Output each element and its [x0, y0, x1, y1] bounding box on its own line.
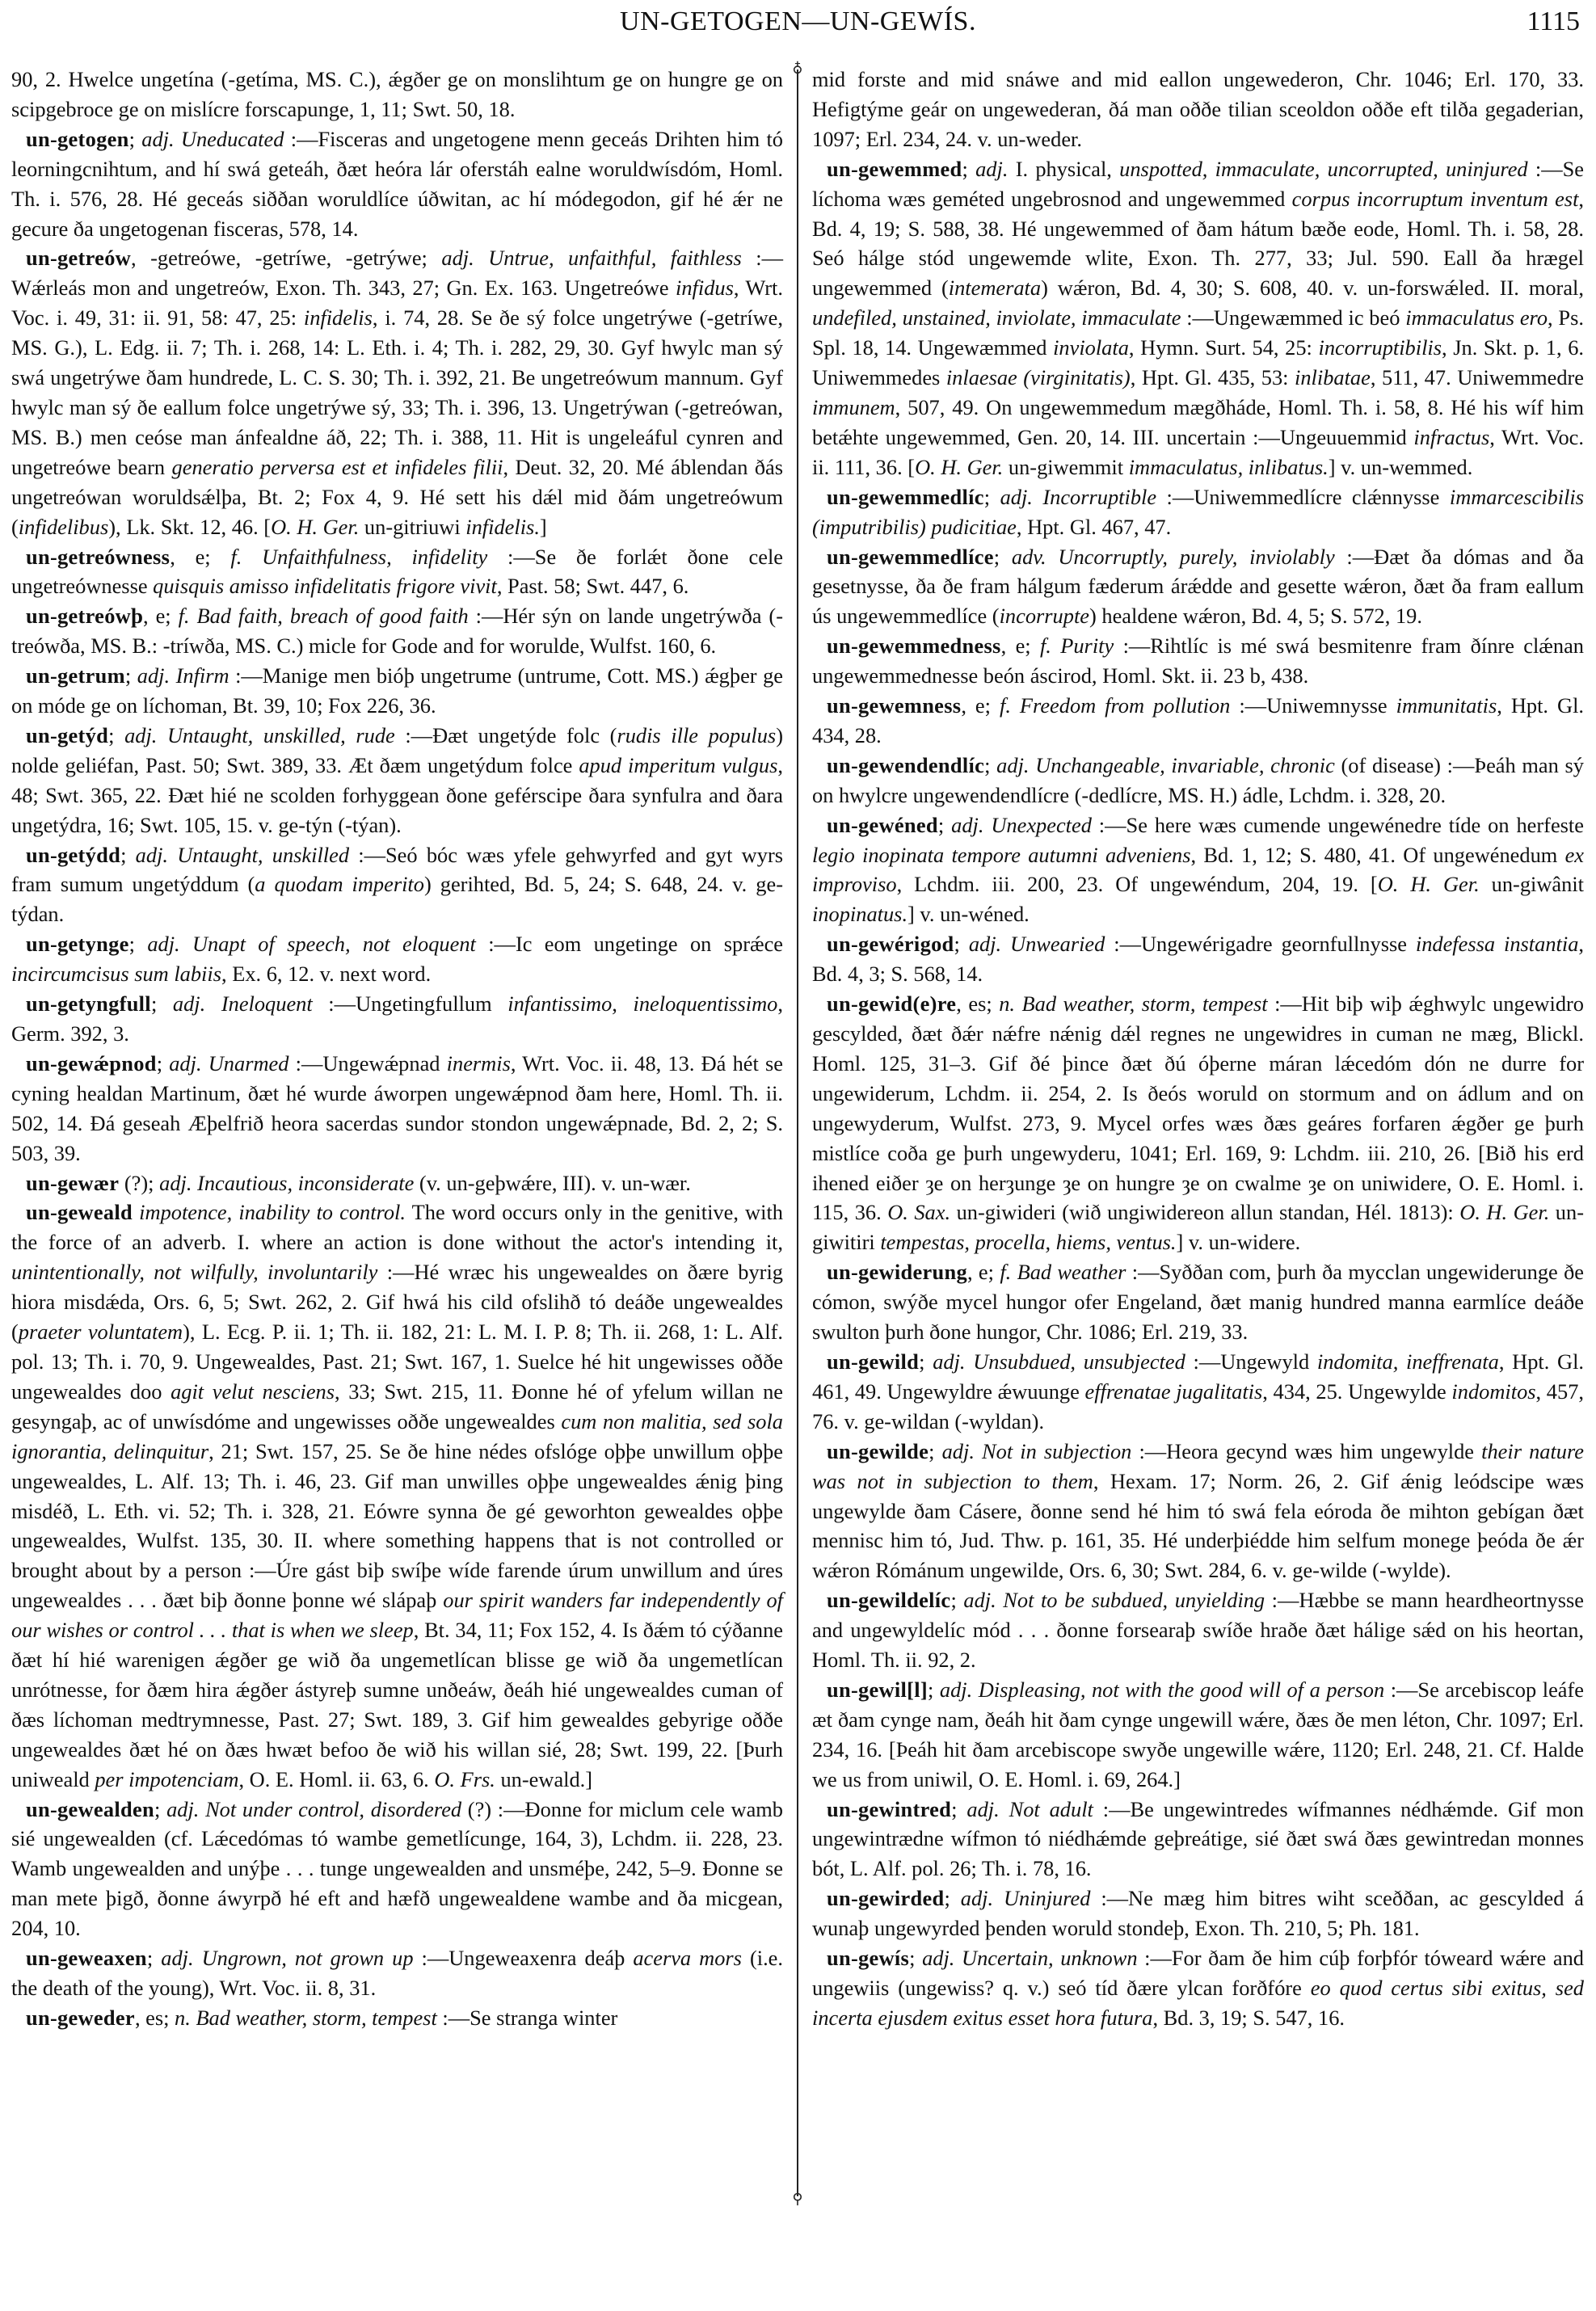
entry-text: , e; — [1001, 634, 1040, 658]
dictionary-entry: un-gewildelíc; adj. Not to be subdued, u… — [812, 1585, 1584, 1675]
entry-text: , Hpt. Gl. 467, 47. — [1017, 515, 1171, 539]
dictionary-entry: un-getreówness, e; f. Unfaithfulness, in… — [11, 542, 783, 602]
entry-text: ] — [540, 515, 547, 539]
entry-text: , Bt. 34, 11; Fox 152, 4. Is ðǽm tó cýða… — [11, 1618, 783, 1791]
entry-text: :—Se here wæs cumende ungewénedre tíde o… — [1092, 813, 1584, 837]
headword: un-gewéned — [827, 813, 938, 837]
entry-text: , es; — [956, 991, 999, 1016]
italic-gloss: a quodam imperito — [255, 872, 424, 896]
dictionary-entry: un-gewirded; adj. Uninjured :—Ne mæg him… — [812, 1884, 1584, 1943]
entry-text: un-ewald.] — [495, 1767, 592, 1791]
entry-text: , O. E. Homl. ii. 63, 6. — [238, 1767, 434, 1791]
entry-text: :—Ungetingfullum — [313, 991, 508, 1016]
entry-text: ; — [129, 127, 142, 151]
italic-gloss: adj. Incorruptible — [1000, 485, 1157, 509]
entry-text: ; — [129, 932, 148, 956]
entry-text: ; — [984, 485, 1000, 509]
dictionary-entry: un-gewís; adj. Uncertain, unknown :—For … — [812, 1943, 1584, 2033]
headword: un-getogen — [26, 127, 129, 151]
dictionary-entry: un-gewilde; adj. Not in subjection :—Heo… — [812, 1437, 1584, 1586]
page-number: 1115 — [1527, 6, 1580, 37]
entry-continuation: 90, 2. Hwelce ungetína (-getíma, MS. C.)… — [11, 65, 783, 124]
headword: un-gewiderung — [827, 1260, 967, 1284]
entry-text: , e; — [143, 604, 179, 628]
entry-text: :—Ungewǽpnad — [288, 1051, 446, 1076]
headword: un-gewirded — [827, 1886, 945, 1910]
headword: un-gewid(e)re — [827, 991, 956, 1016]
entry-text: ; — [938, 813, 951, 837]
entry-text: ] v. un-wéned. — [907, 902, 1030, 926]
italic-gloss: adv. Uncorruptly, purely, inviolably — [1012, 545, 1335, 569]
italic-gloss: unspotted, immaculate, uncorrupted, unin… — [1119, 157, 1527, 181]
headword: un-gewemmedlíce — [827, 545, 994, 569]
entry-text: :—Ic eom ungetinge on sprǽce — [476, 932, 783, 956]
italic-gloss: f. Purity — [1040, 634, 1114, 658]
italic-gloss: adj. Uneducated — [141, 127, 284, 151]
entry-text: , Ex. 6, 12. v. next word. — [221, 962, 431, 986]
italic-gloss: adj. Incautious, inconsiderate — [159, 1171, 414, 1195]
page-header: UN-GETOGEN—UN-GEWÍS. 1115 — [0, 6, 1596, 42]
right-column: mid forste and mid snáwe and mid eallon … — [812, 65, 1584, 2033]
italic-gloss: adj. Unchangeable, invariable, chronic — [996, 753, 1335, 777]
dictionary-entry: un-gewemmed; adj. I. physical, unspotted… — [812, 154, 1584, 482]
italic-gloss: n. Bad weather, storm, tempest — [175, 2006, 437, 2030]
entry-text: , Lchdm. iii. 200, 23. Of ungewéndum, 20… — [897, 872, 1378, 896]
entry-continuation: mid forste and mid snáwe and mid eallon … — [812, 65, 1584, 154]
dictionary-entry: un-gewǽpnod; adj. Unarmed :—Ungewǽpnad i… — [11, 1049, 783, 1168]
entry-text: ] v. un-wemmed. — [1329, 455, 1473, 479]
entry-text: :—Se stranga winter — [437, 2006, 618, 2030]
italic-gloss: adj. Untaught, unskilled, rude — [124, 723, 395, 747]
entry-text: ; — [919, 1349, 933, 1374]
running-head: UN-GETOGEN—UN-GEWÍS. — [0, 6, 1596, 37]
dictionary-entry: un-geweder, es; n. Bad weather, storm, t… — [11, 2003, 783, 2033]
italic-gloss: inviolata — [1053, 335, 1129, 360]
italic-gloss: adj. Infirm — [137, 663, 230, 688]
entry-text: , e; — [961, 693, 1000, 718]
italic-gloss: adj. Not in subjection — [942, 1439, 1132, 1463]
entry-text: ; — [984, 753, 996, 777]
dictionary-entry: un-gewintred; adj. Not adult :—Be ungewi… — [812, 1795, 1584, 1884]
entry-text: ; — [929, 1439, 941, 1463]
headword: un-gewær — [26, 1171, 119, 1195]
entry-text: ; — [994, 545, 1012, 569]
entry-text: un-giwemmit — [1003, 455, 1128, 479]
entry-text: , 434, 25. Ungewylde — [1262, 1379, 1451, 1404]
headword: un-getreów — [26, 246, 131, 270]
italic-gloss: adj. Unarmed — [169, 1051, 288, 1076]
dictionary-entry: un-getrum; adj. Infirm :—Manige men bióþ… — [11, 661, 783, 721]
italic-gloss: infractus — [1413, 425, 1489, 449]
headword: un-gewilde — [827, 1439, 929, 1463]
italic-gloss: incorrupte — [1000, 604, 1089, 628]
entry-text: ; — [950, 1588, 963, 1612]
entry-text: ; — [945, 1886, 961, 1910]
italic-gloss: inopinatus. — [812, 902, 907, 926]
entry-text: ; — [125, 663, 137, 688]
italic-gloss: apud imperitum vulgus — [579, 753, 777, 777]
italic-gloss: O. Frs. — [434, 1767, 495, 1791]
dictionary-entry: un-gewemmedlíc; adj. Incorruptible :—Uni… — [812, 482, 1584, 542]
italic-gloss: O. H. Ger. — [271, 515, 359, 539]
italic-gloss: adj. Not under control, disordered — [166, 1797, 461, 1821]
italic-gloss: O. H. Ger. — [1459, 1200, 1549, 1224]
headword: un-gewil[l] — [827, 1677, 928, 1702]
entry-text: ) healdene wǽron, Bd. 4, 5; S. 572, 19. — [1089, 604, 1422, 628]
entry-text: , Bd. 3, 19; S. 547, 16. — [1152, 2006, 1345, 2030]
entry-text: , es; — [135, 2006, 175, 2030]
headword: un-getýdd — [26, 843, 120, 867]
entry-text: , 511, 47. Uniwemmedre — [1371, 365, 1584, 389]
italic-gloss: adj. Ungrown, not grown up — [161, 1946, 413, 1970]
entry-text: , -getreówe, -getríwe, -getrýwe; — [131, 246, 441, 270]
entry-text: , e; — [967, 1260, 1000, 1284]
italic-gloss: tempestas, procella, hiems, ventus. — [880, 1230, 1176, 1254]
headword: un-geweaxen — [26, 1946, 147, 1970]
italic-gloss: immaculatus, inlibatus. — [1129, 455, 1329, 479]
italic-gloss: impotence, inability to control. — [139, 1200, 406, 1224]
dictionary-entry: un-gewealden; adj. Not under control, di… — [11, 1795, 783, 1944]
entry-text: un-giwideri (wið ungiwidereon allun stan… — [950, 1200, 1459, 1224]
headword: un-getreówþ — [26, 604, 143, 628]
italic-gloss: agit velut nesciens — [171, 1379, 335, 1404]
entry-text: ; — [151, 991, 173, 1016]
italic-gloss: incorruptibilis — [1319, 335, 1442, 360]
italic-gloss: adj. Unwearied — [969, 932, 1105, 956]
italic-gloss: inermis — [447, 1051, 511, 1076]
dictionary-entry: un-gewid(e)re, es; n. Bad weather, storm… — [812, 989, 1584, 1257]
dictionary-entry: un-getyngfull; adj. Ineloquent :—Ungetin… — [11, 989, 783, 1049]
entry-text: ; — [154, 1797, 166, 1821]
italic-gloss: unintentionally, not wilfully, involunta… — [11, 1260, 377, 1284]
dictionary-entry: un-getreówþ, e; f. Bad faith, breach of … — [11, 601, 783, 661]
italic-gloss: incircumcisus sum labiis — [11, 962, 221, 986]
entry-text: 90, 2. Hwelce ungetína (-getíma, MS. C.)… — [11, 67, 783, 121]
entry-text: :—Heora gecynd wæs him ungewylde — [1131, 1439, 1481, 1463]
italic-gloss: adj. Untrue, unfaithful, faithless — [441, 246, 741, 270]
headword: un-gewís — [827, 1946, 909, 1970]
italic-gloss: adj. Uninjured — [961, 1886, 1091, 1910]
italic-gloss: legio inopinata tempore autumni advenien… — [812, 843, 1191, 867]
entry-text: :—Ungewérigadre geornfullnysse — [1105, 932, 1416, 956]
italic-gloss: per impotenciam — [95, 1767, 238, 1791]
entry-text: ) wǽron, Bd. 4, 30; S. 608, 40. v. un-fo… — [1041, 276, 1584, 300]
headword: un-gewemmed — [827, 157, 962, 181]
entry-text: ; — [954, 932, 969, 956]
dictionary-entry: un-getynge; adj. Unapt of speech, not el… — [11, 929, 783, 989]
entry-text: mid forste and mid snáwe and mid eallon … — [812, 67, 1584, 151]
entry-text: :—Ungewyld — [1185, 1349, 1317, 1374]
dictionary-entry: un-gewérigod; adj. Unwearied :—Ungewérig… — [812, 929, 1584, 989]
italic-gloss: quisquis amisso infidelitatis frigore vi… — [153, 574, 497, 598]
dictionary-entry: un-geweaxen; adj. Ungrown, not grown up … — [11, 1943, 783, 2003]
dictionary-entry: un-gewiderung, e; f. Bad weather :—Syðða… — [812, 1257, 1584, 1347]
entry-text: un-gitriuwi — [359, 515, 465, 539]
entry-text: I. physical, — [1008, 157, 1119, 181]
italic-gloss: O. H. Ger. — [1378, 872, 1480, 896]
entry-text: :—Hit biþ wiþ ǽghwylc ungewidro gescylde… — [812, 991, 1584, 1224]
entry-text: ; — [147, 1946, 161, 1970]
entry-text: (?); — [119, 1171, 159, 1195]
dictionary-entry: un-gewemmedness, e; f. Purity :—Rihtlíc … — [812, 631, 1584, 691]
entry-text: ; — [909, 1946, 922, 1970]
headword: un-gewintred — [827, 1797, 951, 1821]
italic-gloss: adj. Not to be subdued, unyielding — [963, 1588, 1265, 1612]
headword: un-gewild — [827, 1349, 919, 1374]
dictionary-entry: un-getreów, -getreówe, -getríwe, -getrýw… — [11, 243, 783, 541]
italic-gloss: O. Sax. — [887, 1200, 950, 1224]
italic-gloss: intemerata — [949, 276, 1041, 300]
italic-gloss: praeter voluntatem — [19, 1320, 183, 1344]
italic-gloss: undefiled, unstained, inviolate, immacul… — [812, 305, 1181, 330]
italic-gloss: immunem — [812, 395, 895, 419]
entry-text: :—Uniwemmedlícre clǽnnysse — [1156, 485, 1450, 509]
italic-gloss: rudis ille populus — [617, 723, 776, 747]
headword: un-getreówness — [26, 545, 170, 569]
headword: un-getyngfull — [26, 991, 151, 1016]
headword: un-geweald — [26, 1200, 133, 1224]
italic-gloss: effrenatae jugalitatis — [1085, 1379, 1263, 1404]
headword: un-gewemmedness — [827, 634, 1001, 658]
italic-gloss: O. H. Ger. — [915, 455, 1003, 479]
italic-gloss: infantissimo, ineloquentissimo — [507, 991, 777, 1016]
headword: un-geweder — [26, 2006, 135, 2030]
italic-gloss: indomita, ineffrenata — [1317, 1349, 1499, 1374]
left-column: 90, 2. Hwelce ungetína (-getíma, MS. C.)… — [11, 65, 783, 2033]
column-rule — [797, 69, 798, 2196]
dictionary-entry: un-gewær (?); adj. Incautious, inconside… — [11, 1168, 783, 1198]
entry-text: , i. 74, 28. Se ðe sý folce ungetrýwe (-… — [11, 305, 783, 479]
italic-gloss: infidelis. — [465, 515, 540, 539]
italic-gloss: inlaesae (virginitatis) — [946, 365, 1131, 389]
headword: un-gewǽpnod — [26, 1051, 157, 1076]
italic-gloss: adj. Unsubdued, unsubjected — [933, 1349, 1185, 1374]
dictionary-entry: un-getýd; adj. Untaught, unskilled, rude… — [11, 721, 783, 840]
entry-text: :—Uniwemnysse — [1230, 693, 1396, 718]
headword: un-getrum — [26, 663, 125, 688]
italic-gloss: immunitatis — [1396, 693, 1497, 718]
italic-gloss: generatio perversa est et infideles fili… — [172, 455, 503, 479]
dictionary-entry: un-getogen; adj. Uneducated :—Fisceras a… — [11, 124, 783, 244]
headword: un-gewemmedlíc — [827, 485, 984, 509]
entry-text: , Bd. 1, 12; S. 480, 41. Of ungewénedum — [1191, 843, 1565, 867]
dictionary-entry: un-gewild; adj. Unsubdued, unsubjected :… — [812, 1347, 1584, 1437]
headword: un-gewemness — [827, 693, 961, 718]
dictionary-entry: un-geweald impotence, inability to contr… — [11, 1198, 783, 1794]
italic-gloss: adj. Unapt of speech, not eloquent — [147, 932, 476, 956]
italic-gloss: n. Bad weather, storm, tempest — [999, 991, 1267, 1016]
italic-gloss: infidus — [676, 276, 734, 300]
dictionary-entry: un-gewéned; adj. Unexpected :—Se here wæ… — [812, 810, 1584, 930]
entry-text: :—Ungewæmmed ic beó — [1181, 305, 1405, 330]
italic-gloss: corpus incorruptum inventum est — [1292, 187, 1579, 211]
italic-gloss: indomitos — [1451, 1379, 1535, 1404]
entry-text: ] v. un-widere. — [1177, 1230, 1301, 1254]
entry-text: , Hpt. Gl. 435, 53: — [1131, 365, 1295, 389]
entry-text: ; — [108, 723, 124, 747]
dictionary-entry: un-gewendendlíc; adj. Unchangeable, inva… — [812, 751, 1584, 810]
italic-gloss: infidelibus — [19, 515, 108, 539]
entry-text: ; — [120, 843, 136, 867]
entry-text: (v. un-geþwǽre, III). v. un-wær. — [414, 1171, 691, 1195]
entry-text: , Past. 58; Swt. 447, 6. — [497, 574, 689, 598]
headword: un-getýd — [26, 723, 108, 747]
entry-text: :—Ungeweaxenra deáþ — [414, 1946, 634, 1970]
italic-gloss: f. Unfaithfulness, infidelity — [230, 545, 487, 569]
headword: un-gewérigod — [827, 932, 954, 956]
entry-text: ; — [962, 157, 975, 181]
italic-gloss: adj. Untaught, unskilled — [136, 843, 349, 867]
italic-gloss: f. Bad weather — [1000, 1260, 1126, 1284]
italic-gloss: f. Bad faith, breach of good faith — [179, 604, 469, 628]
italic-gloss: indefessa instantia — [1416, 932, 1579, 956]
headword: un-getynge — [26, 932, 129, 956]
italic-gloss: acerva mors — [633, 1946, 742, 1970]
italic-gloss: adj. — [975, 157, 1008, 181]
italic-gloss: adj. Not adult — [966, 1797, 1093, 1821]
dictionary-entry: un-getýdd; adj. Untaught, unskilled :—Se… — [11, 840, 783, 930]
headword: un-gewealden — [26, 1797, 154, 1821]
headword: un-gewendendlíc — [827, 753, 984, 777]
italic-gloss: infidelis — [304, 305, 373, 330]
entry-text: :—Ðæt ungetýde folc ( — [395, 723, 617, 747]
dictionary-entry: un-gewil[l]; adj. Displeasing, not with … — [812, 1675, 1584, 1795]
entry-text: ), Lk. Skt. 12, 46. [ — [108, 515, 271, 539]
entry-text: , 21; Swt. 157, 25. Se ðe hine nédes ofs… — [11, 1439, 783, 1613]
column-rule-ornament-bottom-icon: ⚲ — [790, 2191, 805, 2206]
dictionary-entry: un-gewemmedlíce; adv. Uncorruptly, purel… — [812, 542, 1584, 632]
italic-gloss: f. Freedom from pollution — [1000, 693, 1230, 718]
entry-text: , e; — [170, 545, 230, 569]
italic-gloss: inlibatae — [1295, 365, 1371, 389]
entry-text: un-giwânit — [1480, 872, 1584, 896]
dictionary-entry: un-gewemness, e; f. Freedom from polluti… — [812, 691, 1584, 751]
entry-text: , Hymn. Surt. 54, 25: — [1129, 335, 1319, 360]
headword: un-gewildelíc — [827, 1588, 950, 1612]
italic-gloss: adj. Displeasing, not with the good will… — [940, 1677, 1384, 1702]
entry-text: ; — [928, 1677, 940, 1702]
entry-text: ; — [951, 1797, 966, 1821]
italic-gloss: adj. Uncertain, unknown — [922, 1946, 1137, 1970]
entry-text — [133, 1200, 139, 1224]
italic-gloss: immaculatus ero — [1405, 305, 1548, 330]
entry-text: ; — [157, 1051, 170, 1076]
italic-gloss: adj. Unexpected — [951, 813, 1092, 837]
italic-gloss: adj. Ineloquent — [173, 991, 313, 1016]
